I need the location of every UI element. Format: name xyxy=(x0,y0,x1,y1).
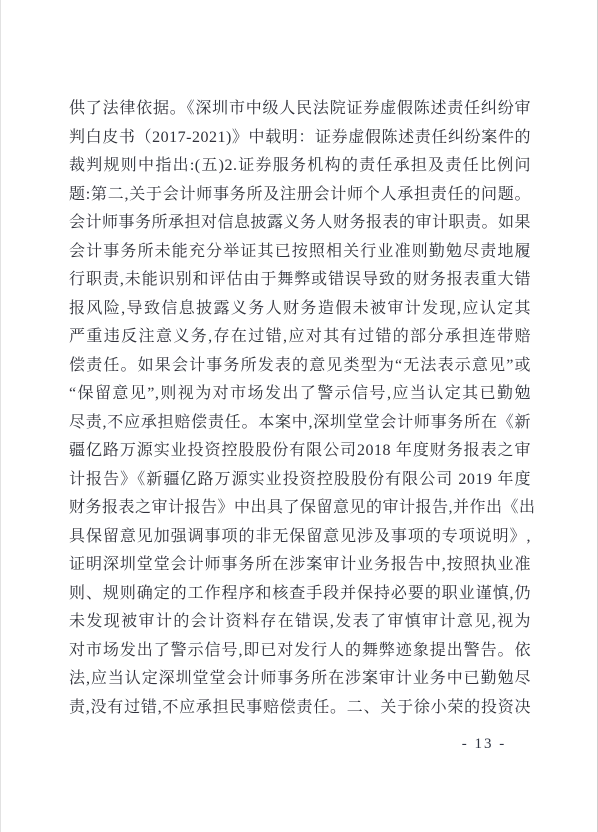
text-line: 行职责,未能识别和评估由于舞弊或错误导致的财务报表重大错 xyxy=(69,266,531,295)
text-line: 计报告》《新疆亿路万源实业投资控股股份有限公司 2019 年度 xyxy=(69,466,531,495)
document-page: 供了法律依据。《深圳市中级人民法院证券虚假陈述责任纠纷审 判白皮书（2017-2… xyxy=(0,0,598,832)
text-line: 裁判规则中指出:(五)2.证券服务机构的责任承担及责任比例问 xyxy=(69,152,531,181)
body-text: 供了法律依据。《深圳市中级人民法院证券虚假陈述责任纠纷审 判白皮书（2017-2… xyxy=(69,95,531,722)
text-line: 偿责任。如果会计事务所发表的意见类型为“无法表示意见”或 xyxy=(69,352,531,381)
text-line: 题:第二,关于会计师事务所及注册会计师个人承担责任的问题。 xyxy=(69,181,531,210)
text-line: 严重违反注意义务,存在过错,应对其有过错的部分承担连带赔 xyxy=(69,323,531,352)
text-line: 会计事务所未能充分举证其已按照相关行业准则勤勉尽责地履 xyxy=(69,238,531,267)
text-line: 未发现被审计的会计资料存在错误,发表了审慎审计意见,视为 xyxy=(69,608,531,637)
text-line: 责,没有过错,不应承担民事赔偿责任。二、关于徐小荣的投资决 xyxy=(69,694,531,723)
page-number: - 13 - xyxy=(447,736,521,753)
text-line: 证明深圳堂堂会计师事务所在涉案审计业务报告中,按照执业准 xyxy=(69,551,531,580)
text-line: 供了法律依据。《深圳市中级人民法院证券虚假陈述责任纠纷审 xyxy=(69,95,531,124)
text-line: 具保留意见加强调事项的非无保留意见涉及事项的专项说明》, xyxy=(69,523,531,552)
text-line: 判白皮书（2017-2021)》中载明：证券虚假陈述责任纠纷案件的 xyxy=(69,124,531,153)
text-line: 则、规则确定的工作程序和核查手段并保持必要的职业谨慎,仍 xyxy=(69,580,531,609)
text-line: 疆亿路万源实业投资控股股份有限公司2018 年度财务报表之审 xyxy=(69,437,531,466)
text-line: 尽责,不应承担赔偿责任。本案中,深圳堂堂会计师事务所在《新 xyxy=(69,409,531,438)
text-line: 报风险,导致信息披露义务人财务造假未被审计发现,应认定其 xyxy=(69,295,531,324)
text-line: 法,应当认定深圳堂堂会计师事务所在涉案审计业务中已勤勉尽 xyxy=(69,665,531,694)
text-line: “保留意见”,则视为对市场发出了警示信号,应当认定其已勤勉 xyxy=(69,380,531,409)
text-line: 会计师事务所承担对信息披露义务人财务报表的审计职责。如果 xyxy=(69,209,531,238)
text-line: 财务报表之审计报告》中出具了保留意见的审计报告,并作出《出 xyxy=(69,494,531,523)
text-line: 对市场发出了警示信号,即已对发行人的舞弊迹象提出警告。依 xyxy=(69,637,531,666)
